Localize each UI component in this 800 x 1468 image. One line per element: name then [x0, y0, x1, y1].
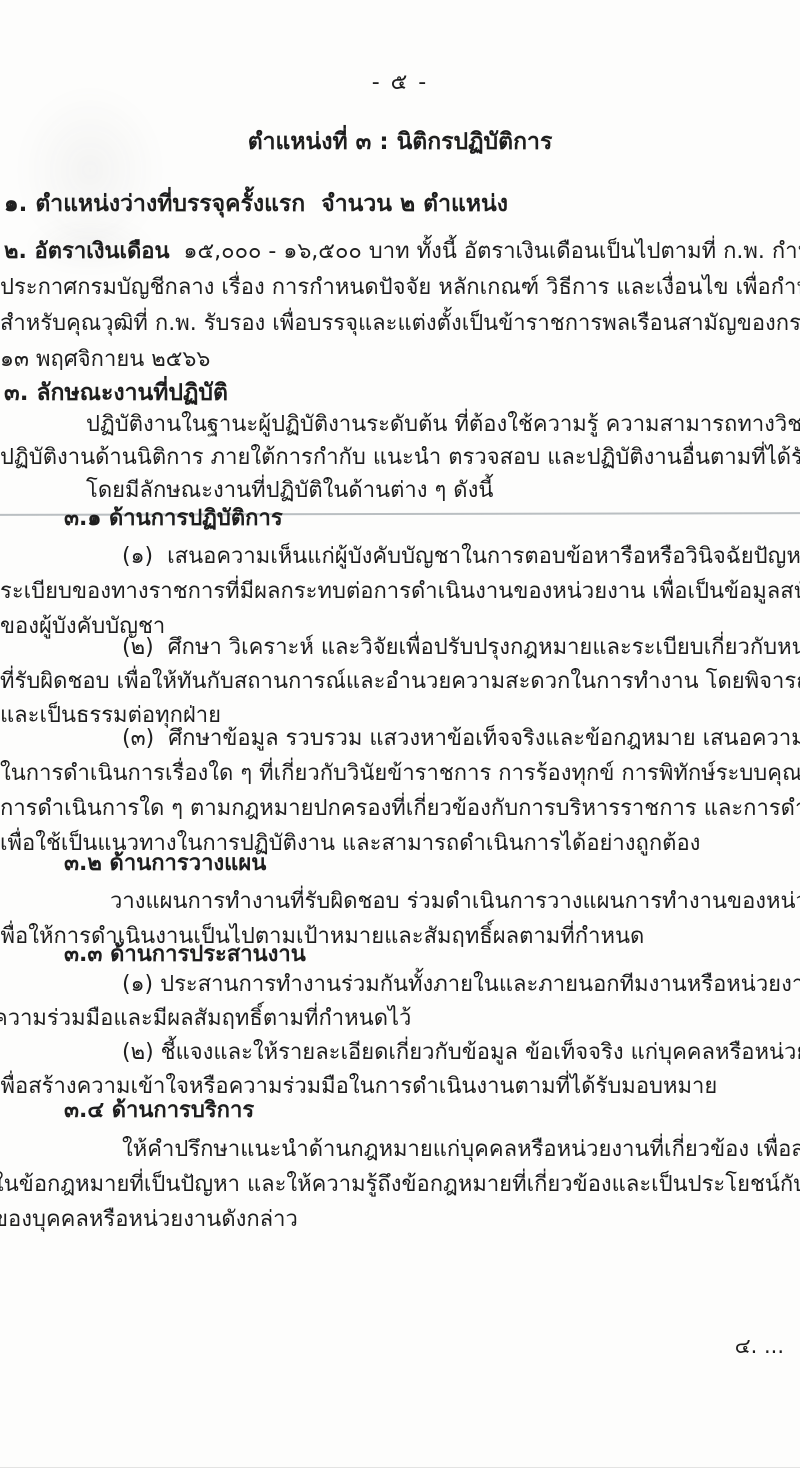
subsection-3-4: ๓.๔ ด้านการบริการ	[0, 1096, 800, 1126]
text-line: ในข้อกฎหมายที่เป็นปัญหา และให้ความรู้ถึง…	[0, 1167, 800, 1202]
text-line: ที่รับผิดชอบ เพื่อให้ทันกับสถานการณ์และอ…	[0, 665, 800, 699]
text-line: ในการดำเนินการเรื่องใด ๆ ที่เกี่ยวกับวิน…	[0, 756, 800, 791]
page-header: - ๕ -	[0, 64, 800, 99]
scanned-document-page: - ๕ - ตำแหน่งที่ ๓ : นิติกรปฏิบัติการ ๑.…	[0, 0, 800, 1468]
subsection-3-1: ๓.๑ ด้านการปฏิบัติการ	[0, 504, 800, 534]
section-2-line-rest: ๑๕,๐๐๐ - ๑๖,๕๐๐ บาท ทั้งนี้ อัตราเงินเดื…	[170, 239, 800, 264]
subsection-3-4-paragraph: ให้คำปรึกษาแนะนำด้านกฎหมายแก่บุคคลหรือหน…	[0, 1132, 800, 1237]
subsection-3-4-heading: ๓.๔ ด้านการบริการ	[0, 1096, 800, 1126]
subsection-3-3: ๓.๓ ด้านการประสานงาน	[0, 940, 800, 970]
text-line: ๑๓ พฤศจิกายน ๒๕๖๖	[0, 342, 800, 378]
text-line: ความร่วมมือและมีผลสัมฤทธิ์ตามที่กำหนดไว้	[0, 1002, 800, 1036]
subsection-3-3-item-2: (๒) ชี้แจงและให้รายละเอียดเกี่ยวกับข้อมู…	[0, 1036, 800, 1104]
section-3: ๓. ลักษณะงานที่ปฏิบัติ	[0, 375, 800, 411]
section-1-heading: ๑. ตำแหน่งว่างที่บรรจุครั้งแรก จำนวน ๒ ต…	[0, 186, 800, 222]
text-line: โดยมีลักษณะงานที่ปฏิบัติในด้านต่าง ๆ ดัง…	[0, 474, 800, 507]
subsection-3-3-item-1: (๑) ประสานการทำงานร่วมกันทั้งภายในและภาย…	[0, 968, 800, 1036]
text-line: ประกาศกรมบัญชีกลาง เรื่อง การกำหนดปัจจัย…	[0, 270, 800, 306]
subsection-3-2-heading: ๓.๒ ด้านการวางแผน	[0, 849, 800, 879]
subsection-3-1-item-2: (๒) ศึกษา วิเคราะห์ และวิจัยเพื่อปรับปรุ…	[0, 631, 800, 733]
page-number: - ๕ -	[0, 64, 800, 99]
subsection-3-1-item-1: (๑) เสนอความเห็นแก่ผู้บังคับบัญชาในการตอ…	[0, 539, 800, 644]
section-3-intro: ปฏิบัติงานในฐานะผู้ปฏิบัติงานระดับต้น ที…	[0, 408, 800, 507]
text-line: ๒. อัตราเงินเดือน ๑๕,๐๐๐ - ๑๖,๕๐๐ บาท ทั…	[0, 234, 800, 270]
text-line: วางแผนการทำงานที่รับผิดชอบ ร่วมดำเนินการ…	[0, 884, 800, 919]
text-line: (๓) ศึกษาข้อมูล รวบรวม แสวงหาข้อเท็จจริง…	[0, 721, 800, 756]
text-line: (๑) เสนอความเห็นแก่ผู้บังคับบัญชาในการตอ…	[0, 539, 800, 574]
text-line: การดำเนินการใด ๆ ตามกฎหมายปกครองที่เกี่ย…	[0, 791, 800, 826]
subsection-3-2: ๓.๒ ด้านการวางแผน	[0, 849, 800, 879]
text-line: ให้คำปรึกษาแนะนำด้านกฎหมายแก่บุคคลหรือหน…	[0, 1132, 800, 1167]
section-2: ๒. อัตราเงินเดือน ๑๕,๐๐๐ - ๑๖,๕๐๐ บาท ทั…	[0, 234, 800, 378]
subsection-3-1-item-3: (๓) ศึกษาข้อมูล รวบรวม แสวงหาข้อเท็จจริง…	[0, 721, 800, 861]
next-section-marker: ๔. ...	[735, 1330, 784, 1363]
text-line: สำหรับคุณวุฒิที่ ก.พ. รับรอง เพื่อบรรจุแ…	[0, 306, 800, 342]
page-title: ตำแหน่งที่ ๓ : นิติกรปฏิบัติการ	[0, 124, 800, 160]
text-line: ระเบียบของทางราชการที่มีผลกระทบต่อการดำเ…	[0, 574, 800, 609]
text-line: ปฏิบัติงานด้านนิติการ ภายใต้การกำกับ แนะ…	[0, 441, 800, 474]
title-block: ตำแหน่งที่ ๓ : นิติกรปฏิบัติการ	[0, 124, 800, 160]
section-2-heading: ๒. อัตราเงินเดือน	[0, 239, 170, 264]
section-3-heading: ๓. ลักษณะงานที่ปฏิบัติ	[0, 375, 800, 411]
text-line: ของบุคคลหรือหน่วยงานดังกล่าว	[0, 1202, 800, 1237]
text-line: (๒) ชี้แจงและให้รายละเอียดเกี่ยวกับข้อมู…	[0, 1036, 800, 1070]
text-line: (๑) ประสานการทำงานร่วมกันทั้งภายในและภาย…	[0, 968, 800, 1002]
section-1: ๑. ตำแหน่งว่างที่บรรจุครั้งแรก จำนวน ๒ ต…	[0, 186, 800, 222]
subsection-3-3-heading: ๓.๓ ด้านการประสานงาน	[0, 940, 800, 970]
subsection-3-1-heading: ๓.๑ ด้านการปฏิบัติการ	[0, 504, 800, 534]
text-line: ปฏิบัติงานในฐานะผู้ปฏิบัติงานระดับต้น ที…	[0, 408, 800, 441]
text-line: (๒) ศึกษา วิเคราะห์ และวิจัยเพื่อปรับปรุ…	[0, 631, 800, 665]
